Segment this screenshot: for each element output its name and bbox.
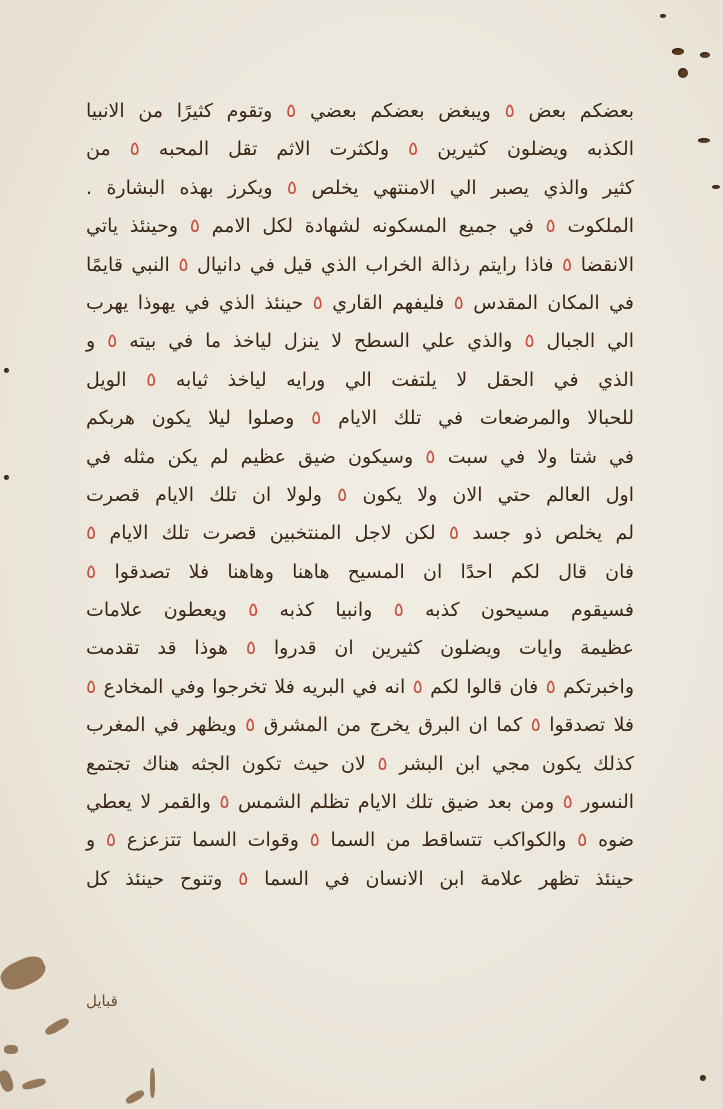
text-line: الانقضا ٥ فاذا رايتم رذالة الخراب الذي ق… — [86, 246, 634, 284]
rubric-marker: ٥ — [524, 330, 534, 352]
rubric-marker: ٥ — [394, 599, 404, 621]
worm-hole — [700, 52, 710, 58]
rubric-marker: ٥ — [377, 753, 387, 775]
rubric-marker: ٥ — [546, 215, 556, 237]
rubric-marker: ٥ — [190, 215, 200, 237]
rubric-marker: ٥ — [337, 484, 347, 506]
rubric-marker: ٥ — [86, 522, 96, 544]
worm-hole — [4, 475, 9, 480]
text-line: فلا تصدقوا ٥ كما ان البرق يخرج من المشرق… — [86, 706, 634, 744]
text-line: كذلك يكون مجي ابن البشر ٥ لان حيث تكون ا… — [86, 745, 634, 783]
damage-stain — [21, 1077, 46, 1091]
rubric-marker: ٥ — [86, 561, 96, 583]
rubric-marker: ٥ — [178, 254, 188, 276]
rubric-marker: ٥ — [313, 292, 323, 314]
rubric-marker: ٥ — [562, 254, 572, 276]
catchword: قبايل — [86, 992, 118, 1010]
text-line: في شتا ولا في سبت ٥ وسيكون ضيق عظيم لم ي… — [86, 438, 634, 476]
text-line: عظيمة وايات ويضلون كثيرين ان قدروا ٥ هوذ… — [86, 629, 634, 667]
manuscript-text: بعضكم بعض ٥ ويبغض بعضكم بعضي ٥ وتقوم كثي… — [86, 92, 634, 898]
rubric-marker: ٥ — [106, 829, 116, 851]
rubric-marker: ٥ — [246, 637, 256, 659]
damage-stain — [43, 1016, 70, 1037]
text-line: حينئذ تظهر علامة ابن الانسان في السما ٥ … — [86, 860, 634, 898]
rubric-marker: ٥ — [563, 791, 573, 813]
rubric-marker: ٥ — [449, 522, 459, 544]
text-line: الكذبه ويضلون كثيرين ٥ ولكثرت الاثم تقل … — [86, 130, 634, 168]
rubric-marker: ٥ — [546, 676, 556, 698]
rubric-marker: ٥ — [146, 369, 156, 391]
text-line: في المكان المقدس ٥ فليفهم القاري ٥ حينئذ… — [86, 284, 634, 322]
rubric-marker: ٥ — [505, 100, 515, 122]
damage-stain — [150, 1068, 155, 1098]
text-line: اول العالم حتي الان ولا يكون ٥ ولولا ان … — [86, 476, 634, 514]
text-line: بعضكم بعض ٥ ويبغض بعضكم بعضي ٥ وتقوم كثي… — [86, 92, 634, 130]
worm-hole — [698, 138, 710, 143]
rubric-marker: ٥ — [577, 829, 587, 851]
rubric-marker: ٥ — [286, 100, 296, 122]
rubric-marker: ٥ — [130, 138, 140, 160]
worm-hole — [700, 1075, 706, 1081]
rubric-marker: ٥ — [310, 829, 320, 851]
rubric-marker: ٥ — [107, 330, 117, 352]
text-line: كثير والذي يصبر الي الامنتهي يخلص ٥ ويكر… — [86, 169, 634, 207]
text-line: لم يخلص ذو جسد ٥ لكن لاجل المنتخبين قصرت… — [86, 514, 634, 552]
text-line: واخبرتكم ٥ فان قالوا لكم ٥ انه في البريه… — [86, 668, 634, 706]
text-line: الي الجبال ٥ والذي علي السطح لا ينزل ليا… — [86, 322, 634, 360]
rubric-marker: ٥ — [219, 791, 229, 813]
rubric-marker: ٥ — [425, 446, 435, 468]
rubric-marker: ٥ — [311, 407, 321, 429]
text-line: الملكوت ٥ في جميع المسكونه لشهادة لكل ال… — [86, 207, 634, 245]
worm-hole — [712, 185, 720, 189]
worm-hole — [660, 14, 666, 18]
text-line: ضوه ٥ والكواكب تتساقط من السما ٥ وقوات ا… — [86, 821, 634, 859]
rubric-marker: ٥ — [248, 599, 258, 621]
damage-stain — [0, 1069, 15, 1094]
manuscript-page: بعضكم بعض ٥ ويبغض بعضكم بعضي ٥ وتقوم كثي… — [0, 0, 723, 1109]
rubric-marker: ٥ — [454, 292, 464, 314]
worm-hole — [672, 48, 684, 55]
text-line: النسور ٥ ومن بعد ضيق تلك الايام تظلم الش… — [86, 783, 634, 821]
rubric-marker: ٥ — [408, 138, 418, 160]
text-line: الذي في الحقل لا يلتفت الي ورايه لياخذ ث… — [86, 361, 634, 399]
worm-hole — [678, 68, 688, 78]
rubric-marker: ٥ — [238, 868, 248, 890]
text-line: للحبالا والمرضعات في تلك الايام ٥ وصلوا … — [86, 399, 634, 437]
rubric-marker: ٥ — [287, 177, 297, 199]
rubric-marker: ٥ — [531, 714, 541, 736]
damage-stain — [124, 1089, 145, 1106]
worm-hole — [4, 368, 9, 373]
text-line: فان قال لكم احدًا ان المسيح هاهنا وهاهنا… — [86, 553, 634, 591]
rubric-marker: ٥ — [86, 676, 96, 698]
rubric-marker: ٥ — [245, 714, 255, 736]
damage-stain — [4, 1045, 18, 1054]
rubric-marker: ٥ — [413, 676, 423, 698]
text-line: فسيقوم مسيحون كذبه ٥ وانبيا كذبه ٥ ويعطو… — [86, 591, 634, 629]
damage-stain — [0, 951, 49, 994]
